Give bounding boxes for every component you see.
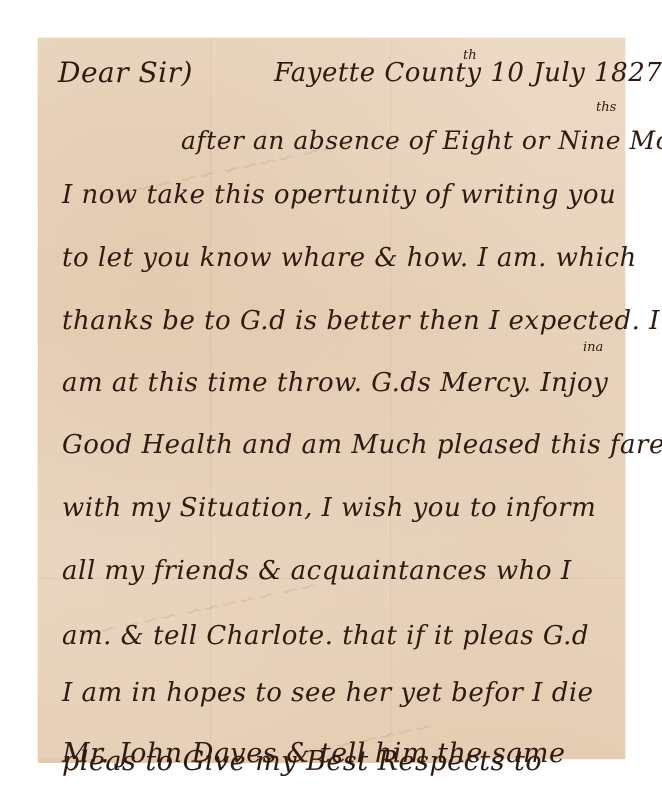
letter-line: I am in hopes to see her yet befor I die [62, 678, 594, 708]
letter-line: to let you know whare & how. I am. which [62, 243, 637, 273]
letter-line: am. & tell Charlote. that if it pleas G.… [62, 621, 589, 651]
letter-page: ~~~ ~~~~ ~~ ~~~~ ~~ ~~~~~ ~~~ ~~ ~~~~ ~~… [38, 38, 625, 759]
date-superscript: th [463, 48, 477, 63]
letter-line: Good Health and am Much pleased this far… [62, 430, 662, 460]
salutation: Dear Sir) [58, 56, 193, 89]
letter-line: with my Situation, I wish you to inform [62, 493, 596, 523]
letter-line: Mr. John Daves & tell him the same [62, 738, 565, 769]
interlinear-insertion: ths [596, 100, 616, 115]
letter-line: I now take this opertunity of writing yo… [62, 180, 616, 210]
letter-line: all my friends & acquaintances who I [62, 556, 572, 586]
interlinear-insertion: ina [583, 340, 603, 355]
letter-line: after an absence of Eight or Nine Mon [181, 126, 662, 155]
letter-line: am at this time throw. G.ds Mercy. Injoy [62, 368, 608, 398]
letter-line: thanks be to G.d is better then I expect… [62, 306, 660, 336]
